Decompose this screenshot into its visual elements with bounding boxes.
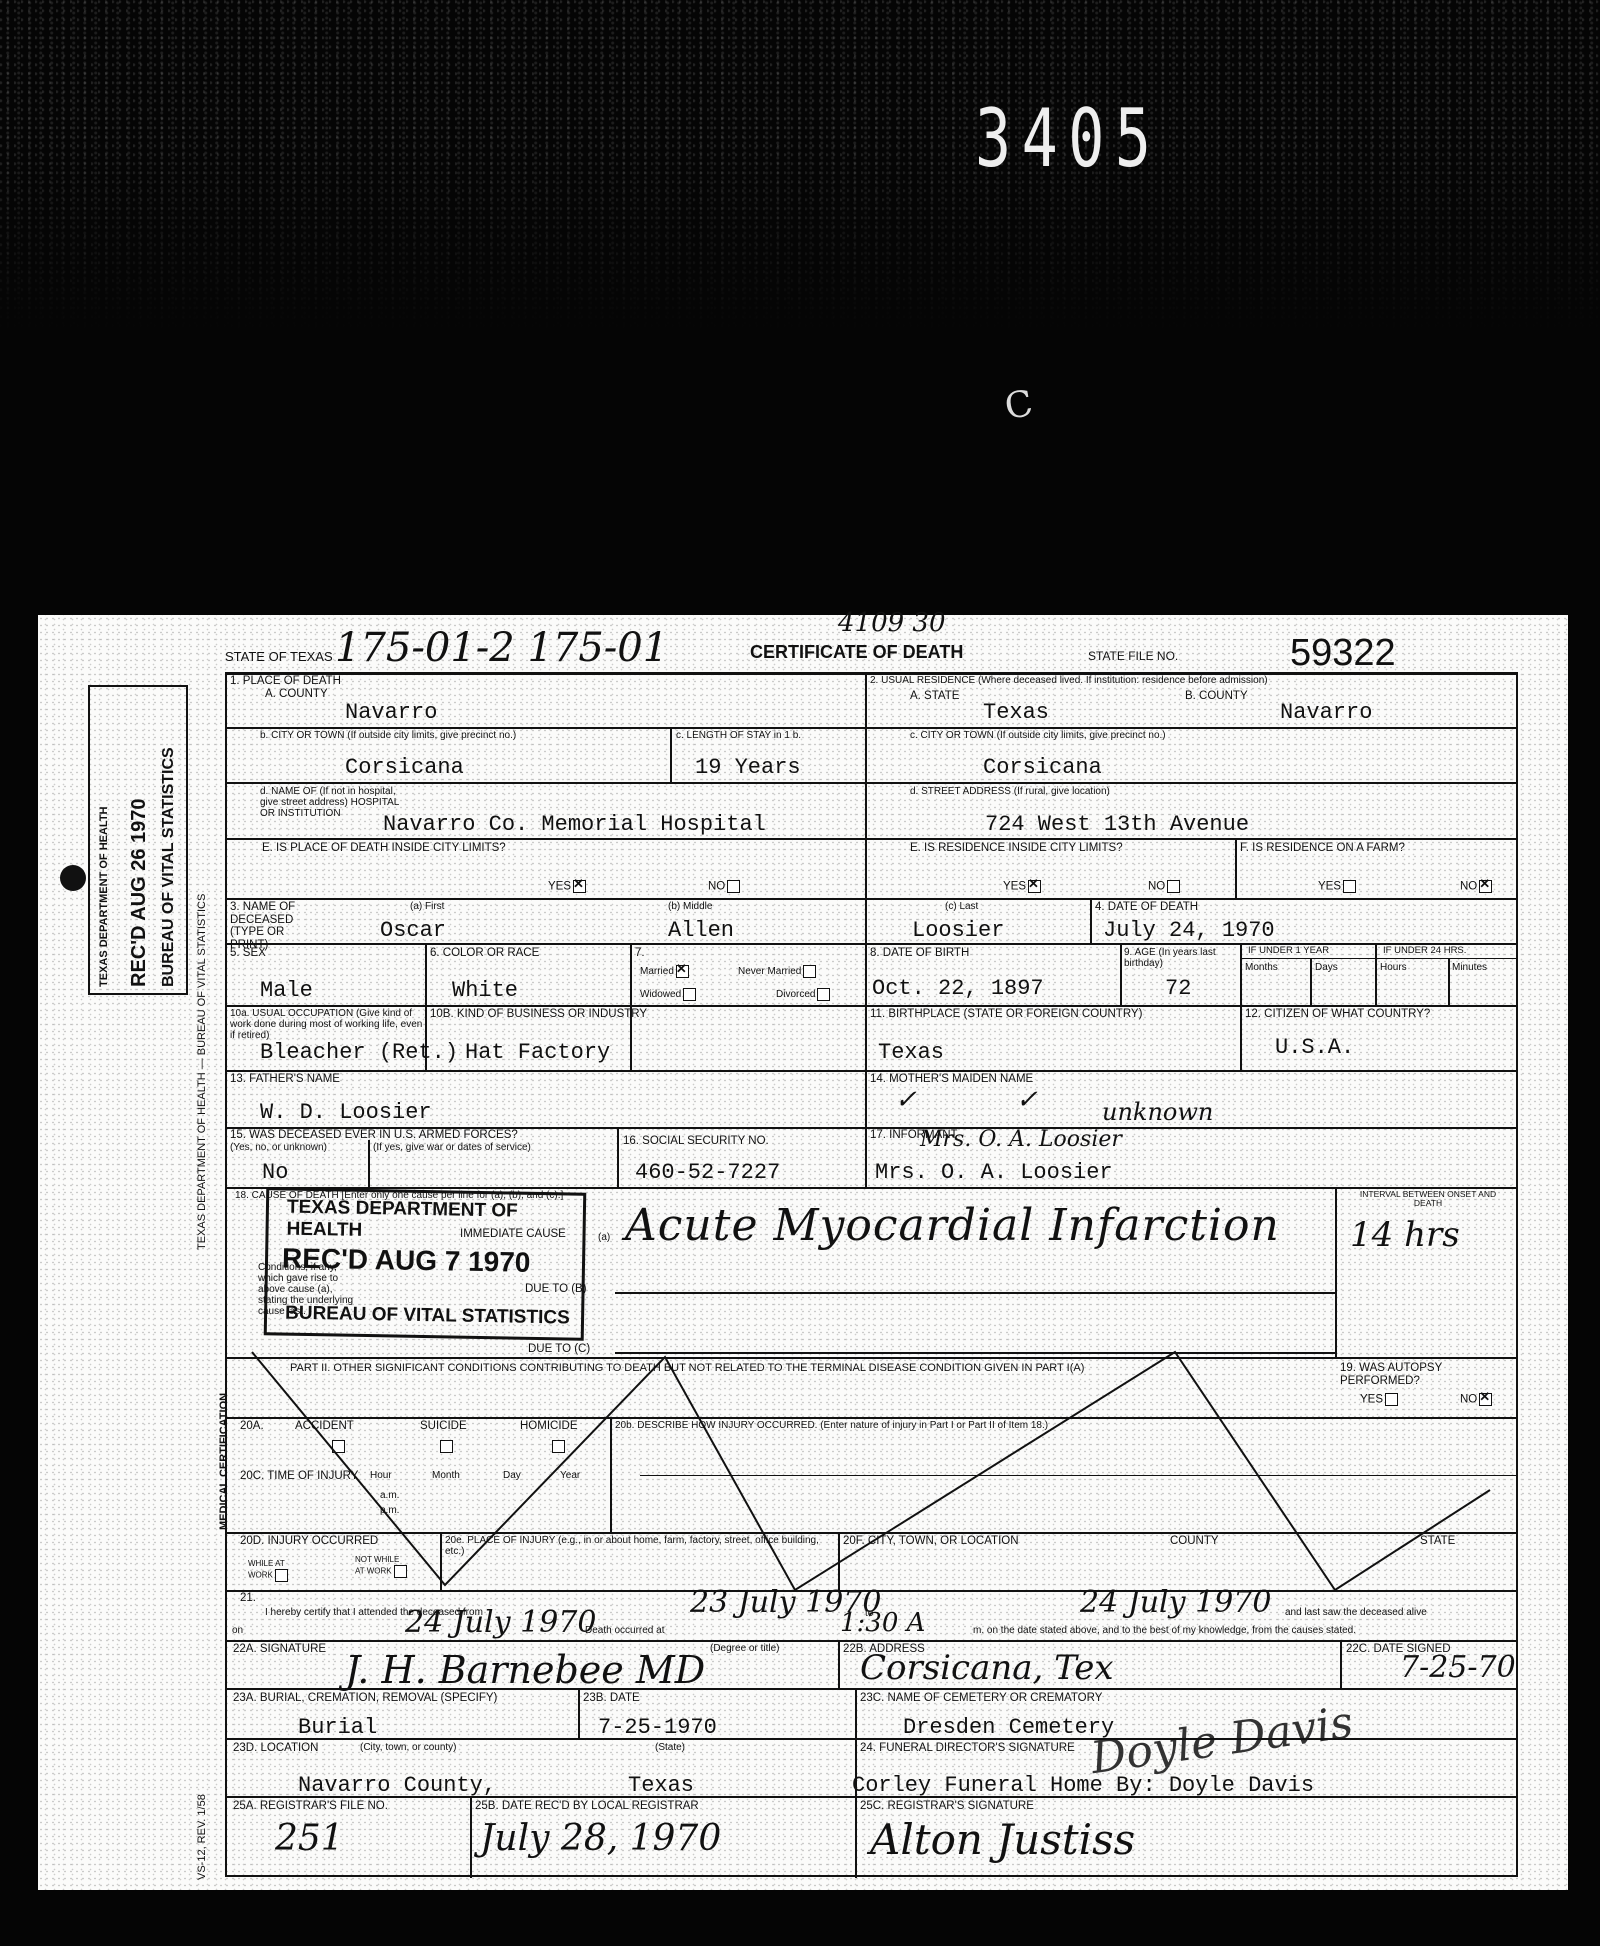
street-label: d. STREET ADDRESS (If rural, give locati… [910,786,1110,797]
not-while-at-work[interactable]: NOT WHILE AT WORK [355,1556,410,1578]
date-of-birth: Oct. 22, 1897 [872,976,1044,1001]
immediate-cause: Acute Myocardial Infarction [625,1200,1280,1251]
stamp-received-date: REC'D AUG 26 1970 [128,798,151,987]
citizen-label: 12. CITIZEN OF WHAT COUNTRY? [1245,1008,1430,1021]
stay-label: c. LENGTH OF STAY in 1 b. [676,730,816,741]
state-file-number: 59322 [1290,632,1396,675]
part2-label: PART II. OTHER SIGNIFICANT CONDITIONS CO… [290,1362,1084,1374]
last-name: Loosier [912,918,1004,943]
burial-county: Navarro County, [298,1773,496,1798]
stamp-dept: TEXAS DEPARTMENT OF HEALTH [98,807,110,987]
cert-item-label: 21. [240,1592,256,1605]
suicide-checkbox[interactable] [440,1440,453,1453]
armed-sub2: (If yes, give war or dates of service) [373,1142,531,1153]
birthplace: Texas [878,1040,944,1065]
length-of-stay: 19 Years [695,755,801,780]
suicide-label: SUICIDE [420,1420,467,1433]
interval-label: INTERVAL BETWEEN ONSET AND DEATH [1358,1190,1498,1209]
occupation-label: 10a. USUAL OCCUPATION (Give kind of work… [230,1008,425,1041]
cert-text-2: and last saw the deceased alive [1285,1607,1427,1618]
received-stamp-center: TEXAS DEPARTMENT OF HEALTH REC'D AUG 7 1… [264,1187,587,1341]
autopsy-no[interactable]: NO [1460,1393,1492,1406]
death-time: 1:30 A [840,1608,925,1638]
pm-label: p.m. [380,1505,399,1516]
occupation: Bleacher (Ret.) [260,1040,458,1065]
signature-label: 22a. SIGNATURE [233,1643,326,1656]
cert-text-3: Death occurred at [585,1625,665,1636]
burial-state: Texas [628,1773,694,1798]
marital-never-married[interactable]: Never Married [738,965,816,978]
pod-county-label: a. COUNTY [265,688,328,701]
scan-background-noise [0,0,1600,560]
marital-widowed[interactable]: Widowed [640,988,696,1001]
armed-forces: No [262,1160,288,1185]
residence-label: 2. USUAL RESIDENCE (Where deceased lived… [870,675,1268,686]
registrar-file-label: 25a. REGISTRAR'S FILE NO. [233,1800,388,1813]
mother-label: 14. MOTHER'S MAIDEN NAME [870,1073,1033,1086]
father-name: W. D. Loosier [260,1100,432,1125]
physician-address: Corsicana, Tex [860,1648,1114,1688]
industry-label: 10b. KIND OF BUSINESS OR INDUSTRY [430,1008,647,1021]
disposition-date-label: 23b. DATE [583,1692,640,1705]
am-label: a.m. [380,1490,399,1501]
due-to-c: DUE TO (c) [528,1343,590,1356]
time-of-injury-label: 20c. TIME OF INJURY [240,1470,358,1483]
disposition-method: Burial [298,1715,377,1740]
informant: Mrs. O. A. Loosier [875,1160,1113,1185]
under-24-hrs-label: IF UNDER 24 HRS. [1383,946,1466,956]
institution: Navarro Co. Memorial Hospital [383,812,766,837]
autopsy-label: 19. WAS AUTOPSY PERFORMED? [1340,1362,1510,1387]
year-label: Year [560,1470,580,1481]
hour-label: Hour [370,1470,392,1481]
pod-county: Navarro [345,700,437,725]
dob-label: 8. DATE OF BIRTH [870,947,969,960]
pod-inside-limits-label: e. IS PLACE OF DEATH INSIDE CITY LIMITS? [262,842,506,855]
days-label: Days [1315,962,1338,973]
side-label-department: TEXAS DEPARTMENT OF HEALTH — BUREAU OF V… [196,894,208,1250]
months-label: Months [1245,962,1278,973]
physician-signature: J. H. Barnebee MD [345,1648,705,1692]
registrar-date-label: 25b. DATE REC'D BY LOCAL REGISTRAR [475,1800,699,1813]
stamp-bureau: BUREAU OF VITAL STATISTICS [160,747,178,987]
registrar-date: July 28, 1970 [480,1818,721,1859]
sex: Male [260,978,313,1003]
res-inside-limits-label: e. IS RESIDENCE INSIDE CITY LIMITS? [910,842,1123,855]
cemetery-label: 23c. NAME OF CEMETERY OR CREMATORY [860,1692,1102,1705]
res-inside-no[interactable]: NO [1148,880,1180,893]
first-name: Oscar [380,918,446,943]
armed-forces-label: 15. WAS DECEASED EVER IN U.S. ARMED FORC… [230,1129,518,1142]
funeral-director-label: 24. FUNERAL DIRECTOR'S SIGNATURE [860,1742,1075,1755]
cert-on: on [232,1625,243,1636]
citizenship: U.S.A. [1275,1035,1354,1060]
cemetery-name: Dresden Cemetery [903,1715,1114,1740]
middle-name-label: (b) Middle [668,901,712,912]
birthplace-label: 11. BIRTHPLACE (State or foreign country… [870,1008,1142,1021]
race-label: 6. COLOR OR RACE [430,947,539,960]
injury-state-label: STATE [1420,1535,1455,1548]
registrar-signature-label: 25c. REGISTRAR'S SIGNATURE [860,1800,1034,1813]
registrar-file-no: 251 [275,1818,344,1859]
res-state: Texas [983,700,1049,725]
marital-divorced[interactable]: Divorced [776,988,830,1001]
interval: 14 hrs [1350,1215,1460,1255]
registrar-signature: Alton Justiss [870,1815,1135,1864]
disposition-date: 7-25-1970 [598,1715,717,1740]
pod-inside-no[interactable]: NO [708,880,740,893]
pod-city-label: b. CITY OR TOWN (If outside city limits,… [260,730,516,741]
middle-name: Allen [668,918,734,943]
pod-inside-yes[interactable]: YES [548,880,586,893]
injury-a-label: 20a. [240,1420,264,1433]
informant-signature: Mrs. O. A. Loosier [920,1127,1122,1152]
date-of-death: July 24, 1970 [1103,918,1275,943]
first-name-label: (a) First [410,901,444,912]
ssn-label: 16. SOCIAL SECURITY NO. [623,1135,769,1148]
last-seen-alive-date: 24 July 1970 [405,1605,596,1640]
last-name-label: (c) Last [945,901,978,912]
place-of-death-label: 1. PLACE OF DEATH [230,675,341,688]
center-stamp-dept: TEXAS DEPARTMENT OF HEALTH [286,1197,583,1246]
attended-to-date: 24 July 1970 [1080,1585,1271,1620]
homicide-checkbox[interactable] [552,1440,565,1453]
institution-label: d. NAME OF (If not in hospital, give str… [260,786,400,819]
armed-sub1: (Yes, no, or unknown) [230,1142,327,1153]
accident-label: ACCIDENT [295,1420,354,1433]
mother-checkmarks: ✓ ✓ [895,1085,1038,1115]
cert-text-4: m. on the date stated above, and to the … [973,1625,1356,1636]
received-stamp-vertical: TEXAS DEPARTMENT OF HEALTH REC'D AUG 26 … [88,685,188,995]
race: White [452,978,518,1003]
funeral-director: Corley Funeral Home By: Doyle Davis [852,1773,1314,1798]
age-label: 9. AGE (In years last birthday) [1124,947,1238,969]
degree-label: (Degree or title) [710,1643,779,1654]
center-stamp-bureau: BUREAU OF VITAL STATISTICS [285,1303,570,1330]
dod-label: 4. DATE OF DEATH [1095,901,1198,914]
age: 72 [1165,976,1191,1001]
accident-checkbox[interactable] [332,1440,345,1453]
cause-a-label: (a) [598,1232,610,1243]
center-stamp-date: REC'D AUG 7 1970 [282,1243,531,1279]
marital-label: 7. [635,947,645,960]
hours-label: Hours [1380,962,1407,973]
social-security-number: 460-52-7227 [635,1160,780,1185]
describe-injury-label: 20b. DESCRIBE HOW INJURY OCCURRED. (Ente… [615,1420,1048,1431]
scan-frame-number: 3405 [975,92,1161,185]
place-of-injury-label: 20e. PLACE OF INJURY (e.g., in or about … [445,1535,835,1557]
handwritten-codes: 175-01-2 175-01 [335,625,668,671]
street-address: 724 West 13th Avenue [985,812,1249,837]
injury-county-label: COUNTY [1170,1535,1219,1548]
res-city-label: c. CITY OR TOWN (If outside city limits,… [910,730,1166,741]
farm-yes[interactable]: YES [1318,880,1356,893]
under-1-year-label: IF UNDER 1 YEAR [1248,946,1329,956]
father-label: 13. FATHER'S NAME [230,1073,340,1086]
res-inside-yes[interactable]: YES [1003,880,1041,893]
location-sub2: (State) [655,1742,685,1753]
injury-city-label: 20f. CITY, TOWN, OR LOCATION [843,1535,1019,1548]
autopsy-yes[interactable]: YES [1360,1393,1398,1406]
handwritten-annotation: 4109 30 [838,608,946,638]
res-state-label: a. STATE [910,690,959,703]
deceased-name-label: 3. NAME OF DECEASED (Type or print) [230,901,310,952]
disposition-label: 23a. BURIAL, CREMATION, REMOVAL (Specify… [233,1692,497,1705]
res-city: Corsicana [983,755,1102,780]
res-county-label: b. COUNTY [1185,690,1248,703]
punch-hole [60,865,86,891]
marital-married[interactable]: Married [640,965,689,978]
date-signed: 7-25-70 [1400,1650,1516,1685]
certificate-title: CERTIFICATE OF DEATH [750,643,963,663]
pod-city: Corsicana [345,755,464,780]
farm-no[interactable]: NO [1460,880,1492,893]
location-label: 23d. LOCATION [233,1742,318,1755]
while-at-work[interactable]: WHILE AT WORK [248,1560,298,1582]
state-file-label: STATE FILE NO. [1088,650,1178,663]
form-revision: VS-12, REV. 1/58 [196,1794,208,1880]
mother-maiden-name: unknown [1102,1098,1213,1126]
homicide-label: HOMICIDE [520,1420,578,1433]
state-label: STATE OF TEXAS [225,650,333,664]
industry: Hat Factory [465,1040,610,1065]
minutes-label: Minutes [1452,962,1487,973]
day-label: Day [503,1470,521,1481]
sex-label: 5. SEX [230,947,266,960]
res-county: Navarro [1280,700,1372,725]
farm-label: f. IS RESIDENCE ON A FARM? [1240,842,1405,855]
location-sub1: (City, town, or county) [360,1742,457,1753]
month-label: Month [432,1470,460,1481]
injury-occurred-label: 20d. INJURY OCCURRED [240,1535,378,1548]
